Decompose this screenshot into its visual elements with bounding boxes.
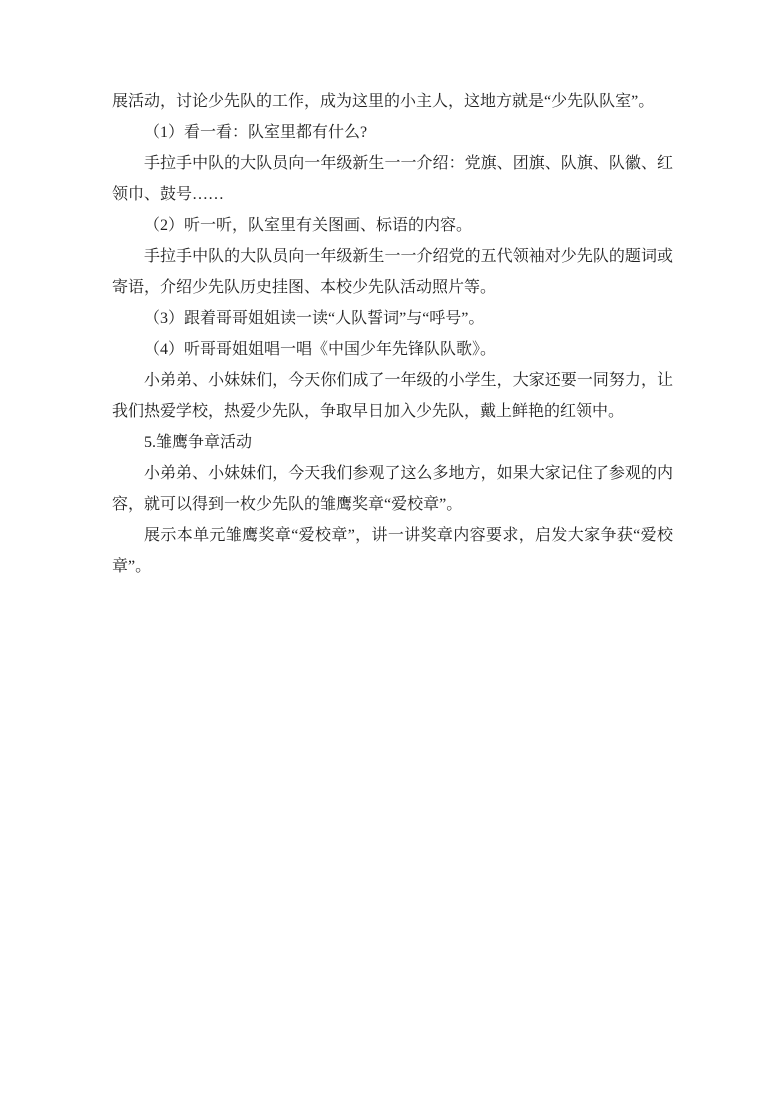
document-page: 展活动，讨论少先队的工作，成为这里的小主人，这地方就是“少先队队室”。（1）看一… xyxy=(0,0,780,1103)
paragraph: 手拉手中队的大队员向一年级新生一一介绍：党旗、团旗、队旗、队徽、红领巾、鼓号…… xyxy=(112,148,673,210)
paragraph: 展示本单元雏鹰奖章“爱校章”，讲一讲奖章内容要求，启发大家争获“爱校章”。 xyxy=(112,520,673,582)
paragraph: （2）听一听，队室里有关图画、标语的内容。 xyxy=(112,210,673,241)
paragraph: 手拉手中队的大队员向一年级新生一一介绍党的五代领袖对少先队的题词或寄语，介绍少先… xyxy=(112,241,673,303)
paragraph: 小弟弟、小妹妹们，今天你们成了一年级的小学生，大家还要一同努力，让我们热爱学校，… xyxy=(112,365,673,427)
paragraph: （3）跟着哥哥姐姐读一读“人队誓词”与“呼号”。 xyxy=(112,303,673,334)
document-text-block: 展活动，讨论少先队的工作，成为这里的小主人，这地方就是“少先队队室”。（1）看一… xyxy=(112,86,673,582)
paragraph: 展活动，讨论少先队的工作，成为这里的小主人，这地方就是“少先队队室”。 xyxy=(112,86,673,117)
paragraph: （4）听哥哥姐姐唱一唱《中国少年先锋队队歌》。 xyxy=(112,334,673,365)
paragraph: （1）看一看：队室里都有什么? xyxy=(112,117,673,148)
paragraph: 小弟弟、小妹妹们，今天我们参观了这么多地方，如果大家记住了参观的内容，就可以得到… xyxy=(112,458,673,520)
paragraph: 5.雏鹰争章活动 xyxy=(112,427,673,458)
